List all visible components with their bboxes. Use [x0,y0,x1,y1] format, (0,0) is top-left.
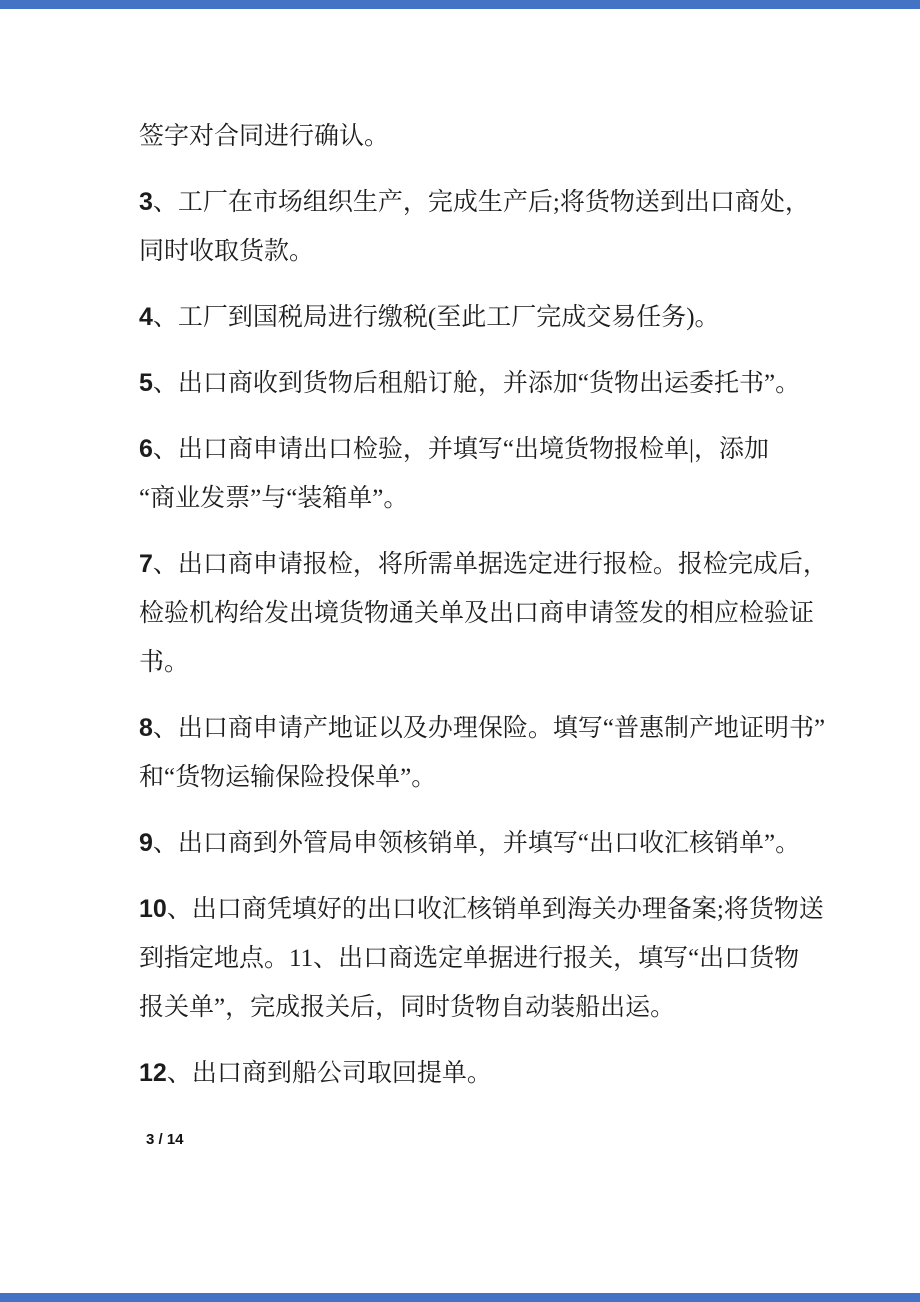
paragraph: 4、工厂到国税局进行缴税(至此工厂完成交易任务)。 [139,293,920,342]
text-line: 4、工厂到国税局进行缴税(至此工厂完成交易任务)。 [139,293,920,342]
line-number: 8 [139,714,153,742]
text-line: 签字对合同进行确认。 [139,112,920,161]
text-line: 12、出口商到船公司取回提单。 [139,1049,920,1098]
line-text: 、工厂到国税局进行缴税(至此工厂完成交易任务)。 [153,304,720,331]
line-text: 检验机构给发出境货物通关单及出口商申请签发的相应检验证 [139,600,814,627]
line-text: 、出口商到船公司取回提单。 [167,1060,492,1087]
line-text: 书。 [139,649,189,676]
paragraph: 6、出口商申请出口检验，并填写“出境货物报检单|，添加 “商业发票”与“装箱单”… [139,425,920,523]
text-line: 10、出口商凭填好的出口收汇核销单到海关办理备案;将货物送 [139,885,920,934]
line-text: 、出口商申请产地证以及办理保险。填写“普惠制产地证明书” [153,715,825,742]
page-number: 3 / 14 [146,1130,920,1150]
line-number: 4 [139,303,153,331]
text-line: “商业发票”与“装箱单”。 [139,474,920,523]
paragraph: 8、出口商申请产地证以及办理保险。填写“普惠制产地证明书” 和“货物运输保险投保… [139,704,920,802]
line-text: 、出口商申请报检，将所需单据选定进行报检。报检完成后， [153,551,828,578]
line-number: 10 [139,895,167,923]
line-number: 3 [139,188,153,216]
line-text: 同时收取货款。 [139,238,314,265]
text-line: 报关单”，完成报关后，同时货物自动装船出运。 [139,983,920,1032]
paragraph: 9、出口商到外管局申领核销单，并填写“出口收汇核销单”。 [139,819,920,868]
line-text: 、出口商凭填好的出口收汇核销单到海关办理备案;将货物送 [167,896,824,923]
text-line: 书。 [139,638,920,687]
page-separator-bottom [0,1293,920,1302]
line-number: 7 [139,550,153,578]
document-page: 签字对合同进行确认。 3、工厂在市场组织生产，完成生产后;将货物送到出口商处， … [0,0,920,1302]
text-line: 同时收取货款。 [139,227,920,276]
line-text: 、工厂在市场组织生产，完成生产后;将货物送到出口商处， [153,189,810,216]
line-text: 报关单”，完成报关后，同时货物自动装船出运。 [139,994,675,1021]
paragraph: 7、出口商申请报检，将所需单据选定进行报检。报检完成后， 检验机构给发出境货物通… [139,540,920,687]
text-line: 5、出口商收到货物后租船订舱，并添加“货物出运委托书”。 [139,359,920,408]
paragraph: 签字对合同进行确认。 [139,112,920,161]
paragraph: 3、工厂在市场组织生产，完成生产后;将货物送到出口商处， 同时收取货款。 [139,178,920,276]
text-line: 8、出口商申请产地证以及办理保险。填写“普惠制产地证明书” [139,704,920,753]
line-text: 、出口商收到货物后租船订舱，并添加“货物出运委托书”。 [153,370,800,397]
paragraph: 5、出口商收到货物后租船订舱，并添加“货物出运委托书”。 [139,359,920,408]
text-line: 和“货物运输保险投保单”。 [139,753,920,802]
paragraph: 10、出口商凭填好的出口收汇核销单到海关办理备案;将货物送 到指定地点。11、出… [139,885,920,1032]
line-number: 9 [139,829,153,857]
text-line: 到指定地点。11、出口商选定单据进行报关，填写“出口货物 [139,934,920,983]
document-content: 签字对合同进行确认。 3、工厂在市场组织生产，完成生产后;将货物送到出口商处， … [0,0,920,1150]
line-text: 、出口商申请出口检验，并填写“出境货物报检单|，添加 [153,436,769,463]
text-line: 6、出口商申请出口检验，并填写“出境货物报检单|，添加 [139,425,920,474]
line-text: 、出口商到外管局申领核销单，并填写“出口收汇核销单”。 [153,830,800,857]
text-line: 检验机构给发出境货物通关单及出口商申请签发的相应检验证 [139,589,920,638]
line-text: 到指定地点。11、出口商选定单据进行报关，填写“出口货物 [139,945,799,972]
line-text: 和“货物运输保险投保单”。 [139,764,436,791]
line-number: 5 [139,369,153,397]
text-line: 3、工厂在市场组织生产，完成生产后;将货物送到出口商处， [139,178,920,227]
paragraph: 12、出口商到船公司取回提单。 [139,1049,920,1098]
line-text: “商业发票”与“装箱单”。 [139,485,408,512]
line-number: 12 [139,1059,167,1087]
text-line: 7、出口商申请报检，将所需单据选定进行报检。报检完成后， [139,540,920,589]
text-line: 9、出口商到外管局申领核销单，并填写“出口收汇核销单”。 [139,819,920,868]
line-text: 签字对合同进行确认。 [139,123,389,150]
line-number: 6 [139,435,153,463]
